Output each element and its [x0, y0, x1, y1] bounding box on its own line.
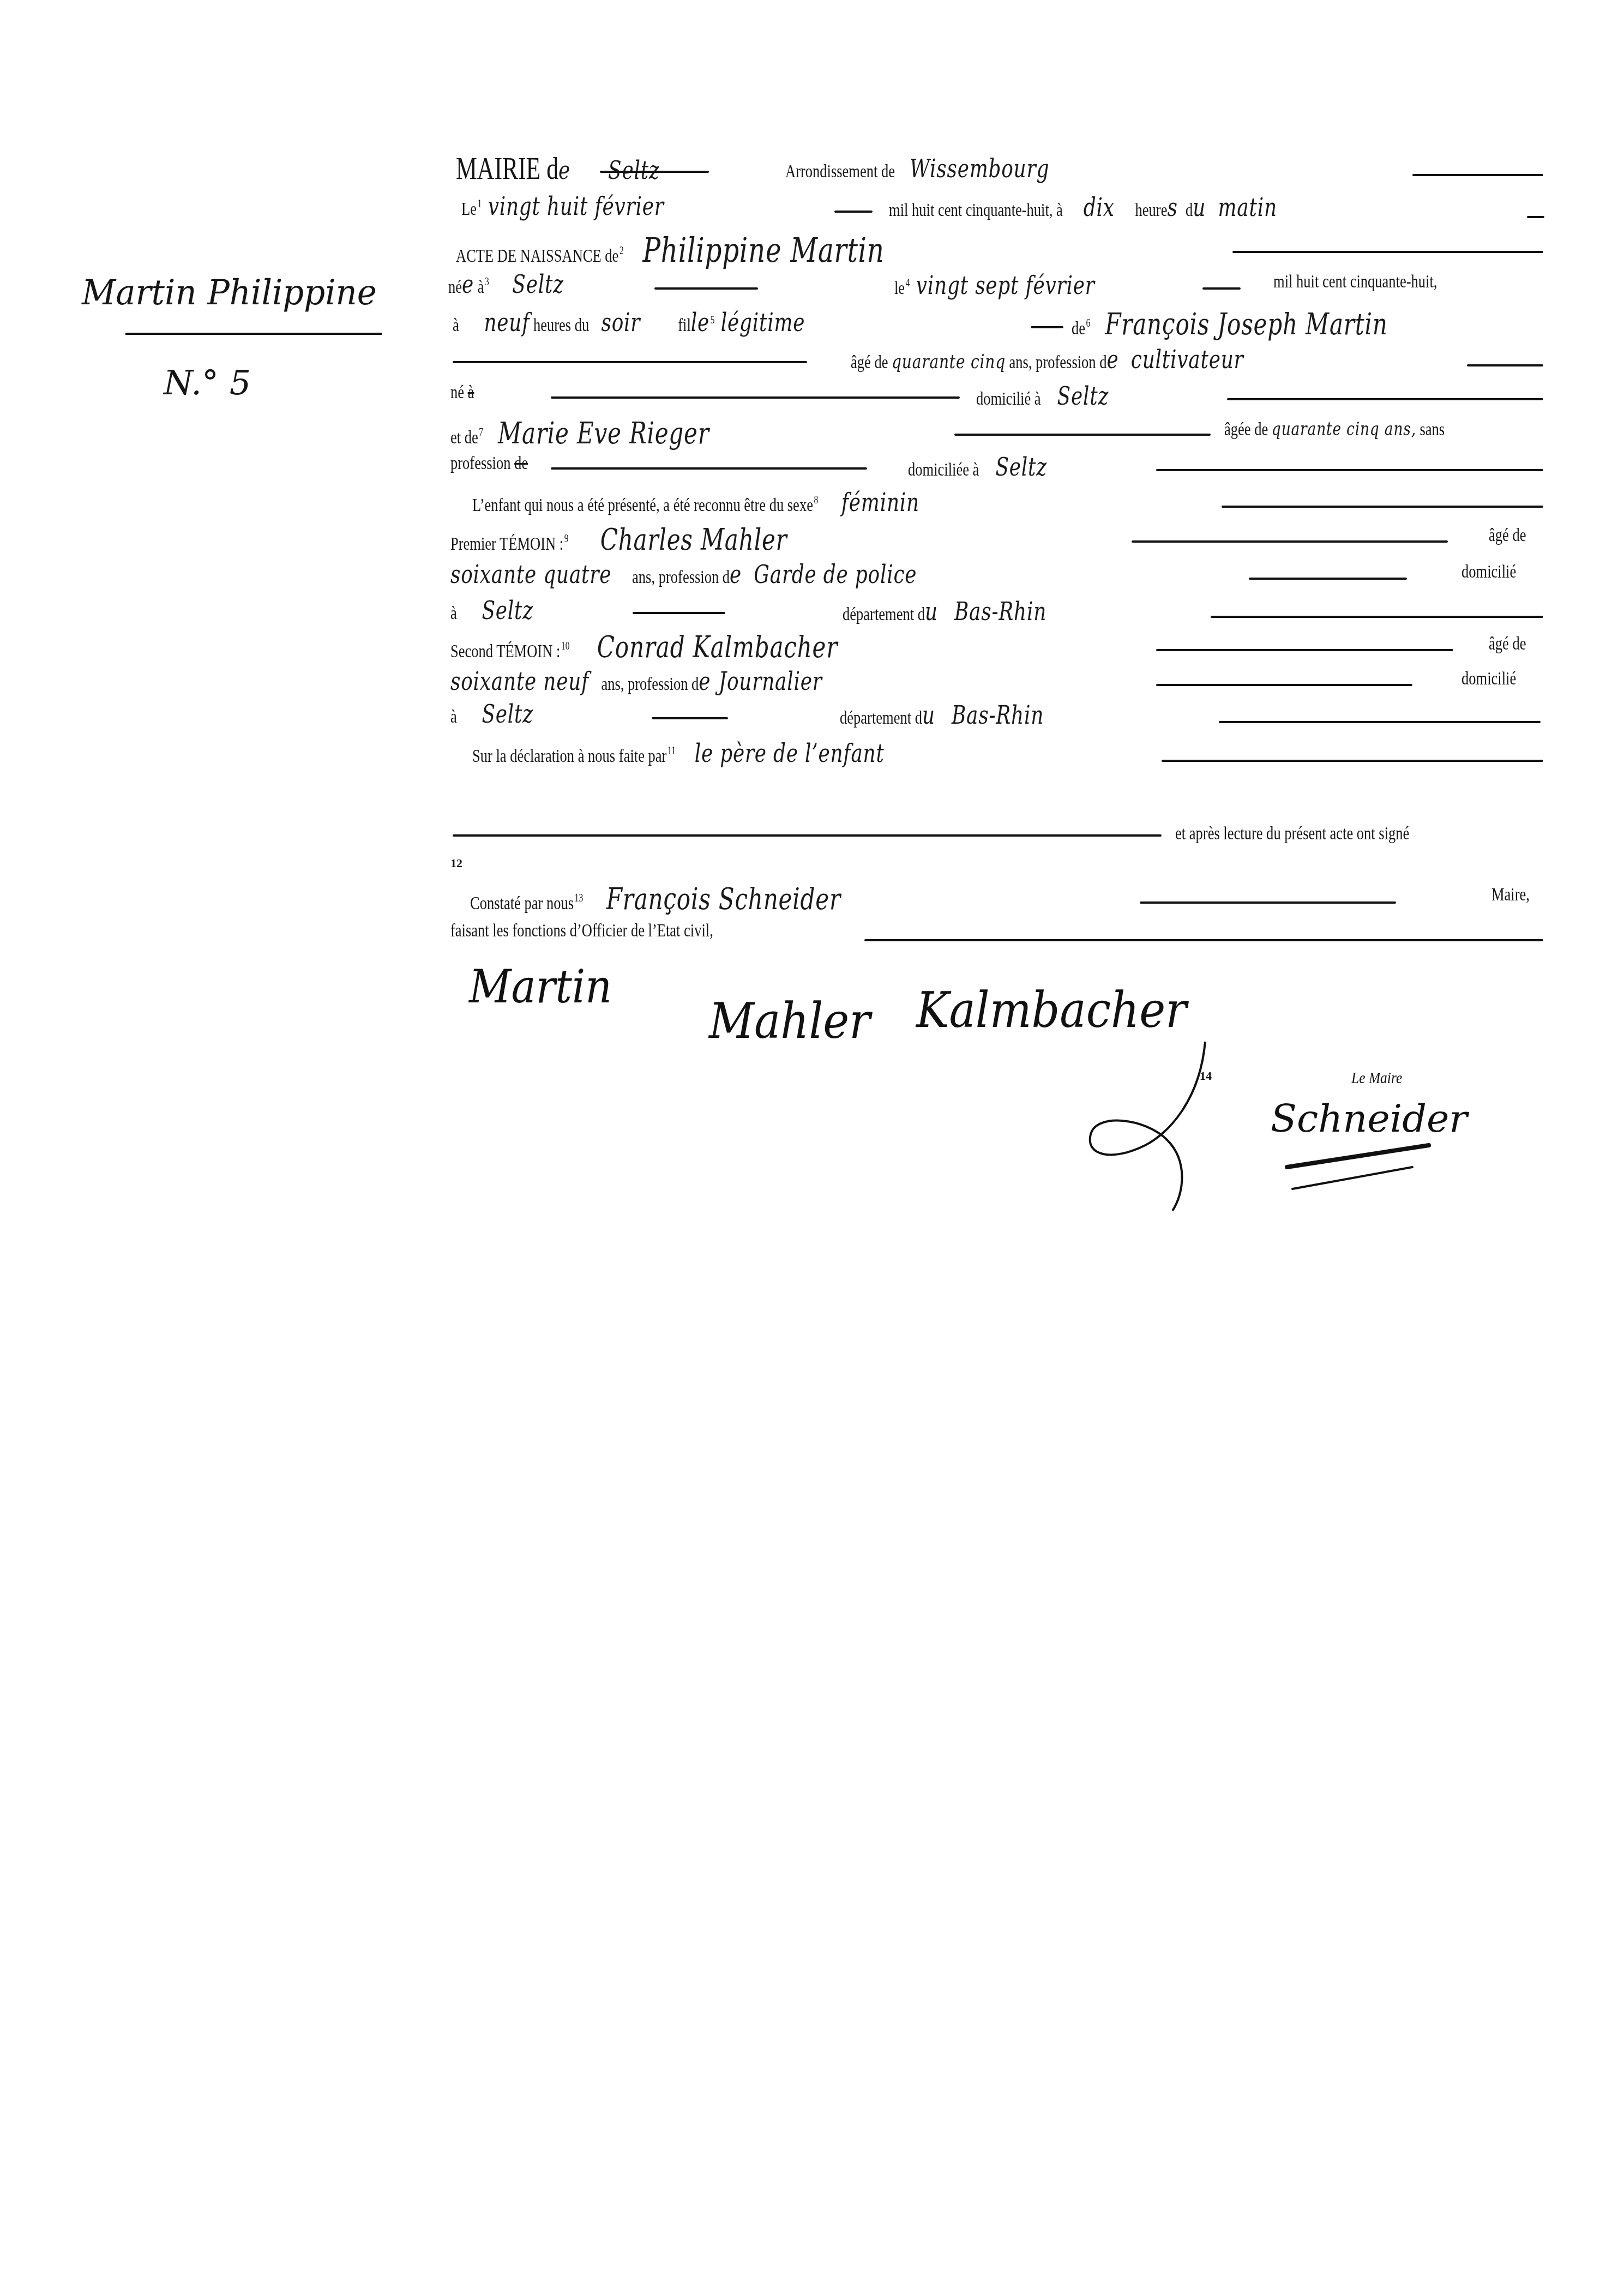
father-domicile: domicilié à Seltz: [976, 383, 1109, 408]
rule: [654, 287, 758, 290]
witness1-name: Charles Mahler: [600, 522, 787, 557]
child-name: Philippine Martin: [642, 230, 884, 270]
heures-text: heures du: [533, 315, 589, 335]
arrondissement-value: Wissembourg: [910, 154, 1049, 183]
footnote-1: 1: [478, 198, 482, 210]
birth-line: née à3 Seltz: [448, 272, 564, 297]
a-label: à: [450, 707, 457, 727]
le-label: Le: [461, 199, 477, 219]
constat-line: Constaté par nous13 François Schneider: [470, 885, 841, 914]
declaration-line: Sur la déclaration à nous faite par11 le…: [472, 741, 885, 766]
mairie-line: MAIRIE de Seltz: [456, 154, 660, 184]
birth-year: mil huit cent cinquante-huit,: [1273, 273, 1437, 291]
age-label: âgée de: [1224, 419, 1268, 440]
prof-hw: e: [1106, 345, 1118, 374]
rule: [864, 939, 1543, 941]
document-page: Martin Philippine N.° 5 MAIRIE de Seltz …: [0, 0, 1624, 2296]
witness2-age-line: soixante neuf ans, profession de Journal…: [450, 669, 822, 694]
du-label: d: [1186, 200, 1193, 220]
mother-profession: sans: [1420, 419, 1445, 440]
mother-domicile-value: Seltz: [995, 452, 1047, 482]
footnote-2: 2: [619, 245, 624, 257]
witness2-dept: département du Bas-Rhin: [840, 702, 1044, 728]
rule: [1031, 326, 1063, 328]
margin-divider: [125, 333, 382, 335]
footnote-12: 12: [450, 856, 462, 870]
witness1-age-label: âgé de: [1489, 526, 1526, 545]
mother-line: et de7 Marie Eve Rieger: [450, 419, 709, 448]
footnote-11: 11: [667, 745, 676, 757]
dept-hw: u: [922, 700, 935, 730]
rule: [1140, 901, 1396, 904]
arrondissement-label: Arrondissement de: [785, 161, 895, 182]
child-sex: féminin: [841, 488, 919, 517]
constat-label: Constaté par nous: [470, 893, 574, 913]
fonction-text: faisant les fonctions d’Officier de l’Et…: [450, 922, 713, 940]
rule: [1211, 616, 1543, 618]
heures-text: heure: [1135, 200, 1168, 220]
footnote-7: 7: [479, 426, 483, 438]
mother-age: âgée de quarante cinq ans, sans: [1224, 420, 1445, 439]
witness1-domicile-label: domicilié: [1461, 563, 1516, 581]
fil-hw: le: [691, 308, 709, 337]
footnote-3: 3: [485, 276, 489, 288]
declarant: le père de l’enfant: [695, 738, 885, 768]
rule: [600, 171, 709, 173]
witness1-domicile: Seltz: [482, 596, 533, 625]
ans-text: ans, profession d: [1009, 352, 1107, 372]
rule: [1249, 578, 1407, 580]
witness2-domicile: Seltz: [482, 699, 533, 729]
signature-flourish: [1080, 1036, 1276, 1216]
acte-line: ACTE DE NAISSANCE de2 Philippine Martin: [456, 233, 885, 267]
de-label: de: [1072, 318, 1085, 339]
witness1-line: Premier TÉMOIN :9 Charles Mahler: [450, 525, 787, 555]
father-profession: cultivateur: [1131, 345, 1244, 374]
margin-act-number: N.° 5: [164, 363, 251, 402]
domicile-label: domiciliée à: [908, 460, 979, 480]
declaration-hour: dix: [1084, 193, 1115, 222]
birth-hour: neuf: [484, 308, 530, 337]
sex-line: L’enfant qui nous a été présenté, a été …: [472, 490, 919, 515]
footnote-13: 13: [575, 892, 584, 904]
rule: [1232, 251, 1543, 253]
ans-text: ans, profession d: [601, 674, 699, 694]
rule: [1412, 174, 1543, 176]
mairie-value: Seltz: [608, 155, 660, 185]
officer-name: François Schneider: [606, 882, 841, 916]
maire-underline-flourish: [1282, 1134, 1445, 1200]
legitimacy: légitime: [721, 308, 805, 337]
father-name: François Joseph Martin: [1105, 307, 1387, 341]
rule: [1156, 649, 1453, 651]
rule: [1227, 398, 1543, 400]
year-text: mil huit cent cinquante-huit, à: [889, 200, 1063, 220]
a-label: à: [450, 603, 457, 623]
witness1-department: Bas-Rhin: [954, 597, 1046, 626]
rule: [551, 396, 960, 399]
mother-name: Marie Eve Rieger: [498, 416, 709, 450]
rule: [834, 211, 873, 213]
rule: [453, 361, 807, 363]
birth-date-line: le4 vingt sept février: [894, 273, 1095, 298]
maire-label: Maire,: [1491, 886, 1530, 904]
mairie-label-hw: e: [558, 155, 570, 185]
rule: [1156, 684, 1412, 686]
witness2-domicile-label: domicilié: [1461, 670, 1516, 688]
rule: [453, 834, 1162, 837]
prof-hw: e: [730, 560, 742, 589]
witness2-place-line: à Seltz: [450, 701, 533, 726]
father-age: quarante cinq: [892, 351, 1006, 373]
domicile-label: domicilié à: [976, 389, 1041, 409]
footnote-5: 5: [711, 314, 715, 326]
prof-hw: e: [699, 666, 711, 696]
rule: [1467, 364, 1543, 366]
footnote-8: 8: [814, 494, 818, 506]
struck-text: de: [514, 453, 528, 473]
rule: [1219, 721, 1541, 723]
witness1-age-line: soixante quatre ans, profession de Garde…: [450, 562, 917, 587]
footnote-14: 14: [1200, 1069, 1212, 1083]
signature-witness2: Kalmbacher: [916, 982, 1187, 1039]
du-hw: u: [1193, 193, 1206, 222]
rule: [1202, 287, 1241, 290]
year-line: mil huit cent cinquante-huit, à dix heur…: [889, 195, 1277, 220]
rule: [1162, 760, 1543, 762]
witness2-profession: Journalier: [719, 666, 822, 696]
rule: [1222, 506, 1543, 508]
le-maire-label: Le Maire: [1351, 1069, 1402, 1087]
birth-period: soir: [601, 308, 640, 337]
ans-text: ans, profession d: [632, 567, 730, 587]
hour-line: à neuf heures du soir fille5 légitime: [453, 310, 805, 335]
rule: [551, 467, 867, 470]
witness2-line: Second TÉMOIN :10 Conrad Kalmbacher: [450, 633, 838, 662]
witness1-profession: Garde de police: [754, 560, 917, 589]
declaration-date: vingt huit février: [488, 191, 664, 221]
declaration-label: Sur la déclaration à nous faite par: [472, 746, 666, 766]
margin-name: Martin Philippine: [82, 273, 377, 313]
profession-label: profession: [450, 453, 510, 473]
mairie-label: MAIRIE d: [456, 152, 558, 186]
dept-label: département d: [843, 604, 925, 624]
acte-label: ACTE DE NAISSANCE de: [456, 246, 618, 266]
date-line: Le1 vingt huit février: [461, 194, 664, 219]
struck-text: à: [468, 382, 474, 402]
witness1-label: Premier TÉMOIN :: [450, 534, 563, 554]
heures-suffix: s: [1167, 193, 1177, 222]
rule: [652, 717, 728, 719]
witness2-name: Conrad Kalmbacher: [597, 630, 838, 664]
father-line: de6 François Joseph Martin: [1072, 310, 1388, 339]
signature-father: Martin: [469, 960, 612, 1013]
ne-label: né: [448, 277, 462, 297]
father-domicile-value: Seltz: [1057, 381, 1109, 411]
witness1-dept: département du Bas-Rhin: [843, 599, 1046, 624]
rule: [1156, 469, 1543, 471]
arrondissement-line: Arrondissement de Wissembourg: [785, 156, 1049, 181]
et-de-label: et de: [450, 428, 478, 448]
rule: [1132, 540, 1448, 543]
witness2-age-label: âgé de: [1489, 635, 1526, 653]
witness1-age: soixante quatre: [450, 560, 611, 589]
age-label: âgé de: [851, 352, 888, 372]
footnote-4: 4: [906, 277, 910, 289]
father-born-line: né à: [450, 383, 474, 402]
after-reading-text: et après lecture du présent acte ont sig…: [1175, 825, 1409, 843]
ne-label: né: [450, 382, 464, 402]
declaration-period: matin: [1218, 193, 1277, 222]
mother-prof-line: profession de: [450, 454, 528, 473]
witness1-place-line: à Seltz: [450, 598, 533, 623]
witness2-label: Second TÉMOIN :: [450, 641, 560, 662]
mother-age-value: quarante cinq ans,: [1272, 418, 1416, 440]
footnote-9: 9: [564, 533, 569, 545]
fil-label: fil: [678, 315, 691, 335]
rule: [954, 434, 1211, 436]
a-label: à: [453, 315, 459, 335]
dept-label: département d: [840, 708, 922, 728]
rule: [1527, 216, 1544, 218]
footnote-6: 6: [1086, 317, 1091, 329]
father-age-line: âgé de quarante cinq ans, profession de …: [851, 347, 1243, 372]
witness2-department: Bas-Rhin: [952, 700, 1044, 730]
dept-hw: u: [925, 597, 938, 626]
rule: [633, 612, 725, 614]
mother-domicile: domiciliée à Seltz: [908, 454, 1047, 479]
le-label: le: [894, 278, 905, 298]
footnote-10: 10: [561, 640, 570, 652]
signature-witness1: Mahler: [709, 993, 870, 1050]
sex-label: L’enfant qui nous a été présenté, a été …: [472, 495, 813, 515]
birth-place: Seltz: [512, 269, 564, 299]
ne-hw: e: [462, 269, 474, 299]
witness2-age: soixante neuf: [450, 666, 589, 696]
birth-date: vingt sept février: [916, 271, 1095, 300]
a-label: à: [478, 277, 484, 297]
